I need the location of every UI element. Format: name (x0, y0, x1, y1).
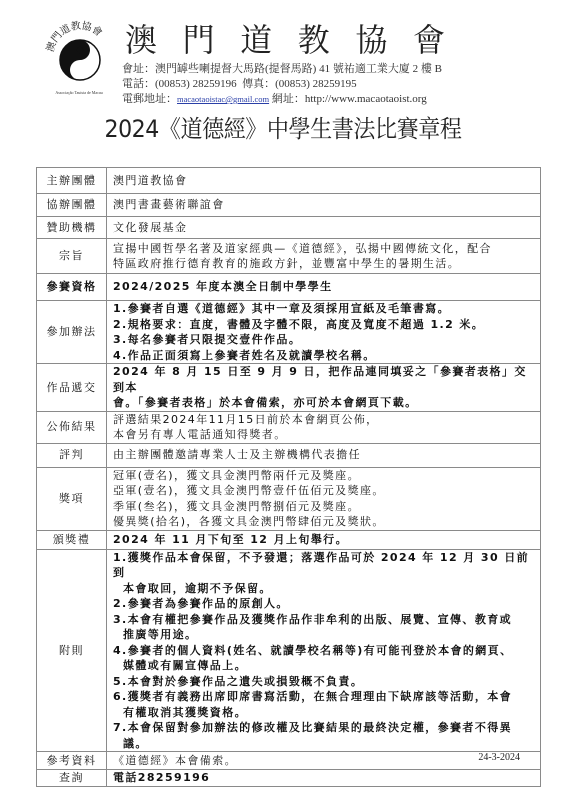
org-name-char: 會 (413, 20, 445, 60)
address-value: 澳門罅些喇提督大馬路(提督馬路) 41 號祐適工業大廈 2 樓 B (155, 63, 442, 75)
website-label: 網址： (272, 93, 305, 105)
row-value: 電話28259196 (107, 770, 541, 787)
row-line: 4.參賽者的個人資料(姓名、就讀學校名稱等)有可能刊登於本會的網頁、 (113, 643, 534, 659)
org-name-char: 門 (183, 20, 215, 60)
row-value: 2024 年 8 月 15 日至 9 月 9 日，把作品連同填妥之「參賽者表格」… (107, 364, 541, 412)
table-row: 主辦團體 澳門道教協會 (37, 168, 541, 194)
row-line: 澳門道教協會 (113, 173, 534, 189)
row-value: 澳門道教協會 (107, 168, 541, 194)
row-line: 2024 年 11 月下旬至 12 月上旬舉行。 (113, 532, 534, 548)
email-label: 電郵地址： (122, 93, 177, 105)
row-line: 2024/2025 年度本澳全日制中學學生 (113, 279, 534, 295)
row-line: 會。「參賽者表格」於本會備索，亦可於本會網頁下載。 (113, 395, 534, 411)
row-line: 2.規格要求：直度，書體及字體不限，高度及寬度不超過 1.2 米。 (113, 317, 534, 333)
row-label: 作品遞交 (37, 364, 107, 412)
row-line: 1.獲獎作品本會保留，不予發還；落選作品可於 2024 年 12 月 30 日前… (113, 550, 534, 581)
address-label: 會址： (122, 63, 155, 75)
fax-label: 傳真： (242, 78, 275, 90)
table-row: 贊助機構 文化發展基金 (37, 217, 541, 239)
row-value: 宣揚中國哲學名著及道家經典—《道德經》，弘揚中國傳統文化，配合 特區政府推行德育… (107, 239, 541, 274)
row-line: 文化發展基金 (113, 220, 534, 236)
org-name-char: 澳 (125, 20, 157, 60)
row-label: 參賽資格 (37, 274, 107, 301)
row-value: 2024/2025 年度本澳全日制中學學生 (107, 274, 541, 301)
row-line: 2.參賽者為參賽作品的原創人。 (113, 596, 534, 612)
row-value: 1.參賽者自選《道德經》其中一章及須採用宣紙及毛筆書寫。 2.規格要求：直度，書… (107, 301, 541, 364)
fax-value: (00853) 28259195 (275, 78, 357, 90)
row-line: 優異獎(拾名)，各獲文具金澳門幣肆佰元及獎狀。 (113, 514, 534, 530)
row-value: 《道德經》本會備索。 (107, 752, 541, 770)
row-line: 1.參賽者自選《道德經》其中一章及須採用宣紙及毛筆書寫。 (113, 301, 534, 317)
table-row: 參考資料 《道德經》本會備索。 (37, 752, 541, 770)
row-label: 參考資料 (37, 752, 107, 770)
row-line: 電話28259196 (113, 770, 534, 786)
row-line: 特區政府推行德育教育的施政方針，並豐富中學生的暑期生活。 (113, 256, 534, 272)
row-label: 參加辦法 (37, 301, 107, 364)
row-line: 本會另有專人電話通知得獎者。 (113, 427, 534, 443)
row-line: 2024 年 8 月 15 日至 9 月 9 日，把作品連同填妥之「參賽者表格」… (113, 364, 534, 395)
row-value: 評選結果2024年11月15日前於本會網頁公佈， 本會另有專人電話通知得獎者。 (107, 411, 541, 443)
org-name-char: 道 (240, 20, 272, 60)
table-row: 參加辦法 1.參賽者自選《道德經》其中一章及須採用宣紙及毛筆書寫。 2.規格要求… (37, 301, 541, 364)
table-row: 參賽資格 2024/2025 年度本澳全日制中學學生 (37, 274, 541, 301)
row-line: 季軍(叁名)，獲文具金澳門幣捌佰元及獎座。 (113, 499, 534, 515)
row-line: 7.本會保留對參加辦法的修改權及比賽結果的最終決定權，參賽者不得異 (113, 720, 534, 736)
yin-yang-icon: 澳門道教協會 (45, 14, 113, 90)
row-label: 評判 (37, 443, 107, 467)
row-line: 由主辦團體邀請專業人士及主辦機構代表擔任 (113, 447, 534, 463)
row-value: 冠軍(壹名)，獲文具金澳門幣兩仟元及獎座。 亞軍(壹名)，獲文具金澳門幣壹仟伍佰… (107, 467, 541, 530)
organization-name: 澳 門 道 教 協 會 (125, 20, 445, 60)
row-line: 3.本會有權把參賽作品及獲獎作品作非牟利的出版、展覽、宣傳、教育或 (113, 612, 534, 628)
row-line: 澳門書畫藝術聯誼會 (113, 197, 534, 213)
row-label: 頒獎禮 (37, 530, 107, 549)
row-label: 查詢 (37, 770, 107, 787)
phone-value: (00853) 28259196 (155, 78, 237, 90)
row-value: 2024 年 11 月下旬至 12 月上旬舉行。 (107, 530, 541, 549)
table-row: 宗旨 宣揚中國哲學名著及道家經典—《道德經》，弘揚中國傳統文化，配合 特區政府推… (37, 239, 541, 274)
row-label: 贊助機構 (37, 217, 107, 239)
document-date: 24-3-2024 (478, 752, 520, 763)
contact-info: 會址：澳門罅些喇提督大馬路(提督馬路) 41 號祐適工業大廈 2 樓 B 電話：… (122, 62, 442, 107)
document-title: 2024《道德經》中學生書法比賽章程 (23, 113, 544, 145)
row-value: 1.獲獎作品本會保留，不予發還；落選作品可於 2024 年 12 月 30 日前… (107, 549, 541, 752)
row-line: 3.每名參賽者只限提交壹件作品。 (113, 332, 534, 348)
email-row: 電郵地址：macaotaoistac@gmail.com 網址：http://w… (122, 92, 442, 107)
table-row: 附則 1.獲獎作品本會保留，不予發還；落選作品可於 2024 年 12 月 30… (37, 549, 541, 752)
website-value: http://www.macaotaoist.org (305, 93, 427, 105)
phone-label: 電話： (122, 78, 155, 90)
organization-logo: 澳門道教協會 Associação Tauista de Macau (45, 14, 113, 98)
row-value: 澳門書畫藝術聯誼會 (107, 194, 541, 217)
org-name-char: 協 (355, 20, 387, 60)
table-row: 協辦團體 澳門書畫藝術聯誼會 (37, 194, 541, 217)
row-line: 本會取回，逾期不予保留。 (113, 581, 534, 597)
row-label: 宗旨 (37, 239, 107, 274)
phone-row: 電話：(00853) 28259196 傳真：(00853) 28259195 (122, 77, 442, 92)
table-row: 獎項 冠軍(壹名)，獲文具金澳門幣兩仟元及獎座。 亞軍(壹名)，獲文具金澳門幣壹… (37, 467, 541, 530)
email-link[interactable]: macaotaoistac@gmail.com (177, 94, 269, 104)
row-line: 媒體或有關宣傳品上。 (113, 658, 534, 674)
row-line: 《道德經》本會備索。 (113, 753, 534, 769)
row-value: 由主辦團體邀請專業人士及主辦機構代表擔任 (107, 443, 541, 467)
table-row: 查詢 電話28259196 (37, 770, 541, 787)
rules-table: 主辦團體 澳門道教協會 協辦團體 澳門書畫藝術聯誼會 贊助機構 文化發展基金 宗… (36, 167, 541, 787)
table-row: 作品遞交 2024 年 8 月 15 日至 9 月 9 日，把作品連同填妥之「參… (37, 364, 541, 412)
row-label: 公佈結果 (37, 411, 107, 443)
logo-caption: Associação Tauista de Macau (45, 90, 113, 95)
row-label: 附則 (37, 549, 107, 752)
row-label: 協辦團體 (37, 194, 107, 217)
row-label: 獎項 (37, 467, 107, 530)
row-line: 宣揚中國哲學名著及道家經典—《道德經》，弘揚中國傳統文化，配合 (113, 241, 534, 257)
table-row: 公佈結果 評選結果2024年11月15日前於本會網頁公佈， 本會另有專人電話通知… (37, 411, 541, 443)
row-line: 4.作品正面須寫上參賽者姓名及就讀學校名稱。 (113, 348, 534, 364)
row-line: 6.獲獎者有義務出席即席書寫活動，在無合理理由下缺席該等活動，本會 (113, 689, 534, 705)
address-row: 會址：澳門罅些喇提督大馬路(提督馬路) 41 號祐適工業大廈 2 樓 B (122, 62, 442, 77)
row-line: 5.本會對於參賽作品之遺失或損毀概不負責。 (113, 674, 534, 690)
row-line: 評選結果2024年11月15日前於本會網頁公佈， (113, 412, 534, 428)
row-value: 文化發展基金 (107, 217, 541, 239)
row-label: 主辦團體 (37, 168, 107, 194)
row-line: 有權取消其獲獎資格。 (113, 705, 534, 721)
table-row: 評判 由主辦團體邀請專業人士及主辦機構代表擔任 (37, 443, 541, 467)
row-line: 亞軍(壹名)，獲文具金澳門幣壹仟伍佰元及獎座。 (113, 483, 534, 499)
row-line: 推廣等用途。 (113, 627, 534, 643)
row-line: 冠軍(壹名)，獲文具金澳門幣兩仟元及獎座。 (113, 468, 534, 484)
row-line: 議。 (113, 736, 534, 752)
org-name-char: 教 (298, 20, 330, 60)
table-row: 頒獎禮 2024 年 11 月下旬至 12 月上旬舉行。 (37, 530, 541, 549)
